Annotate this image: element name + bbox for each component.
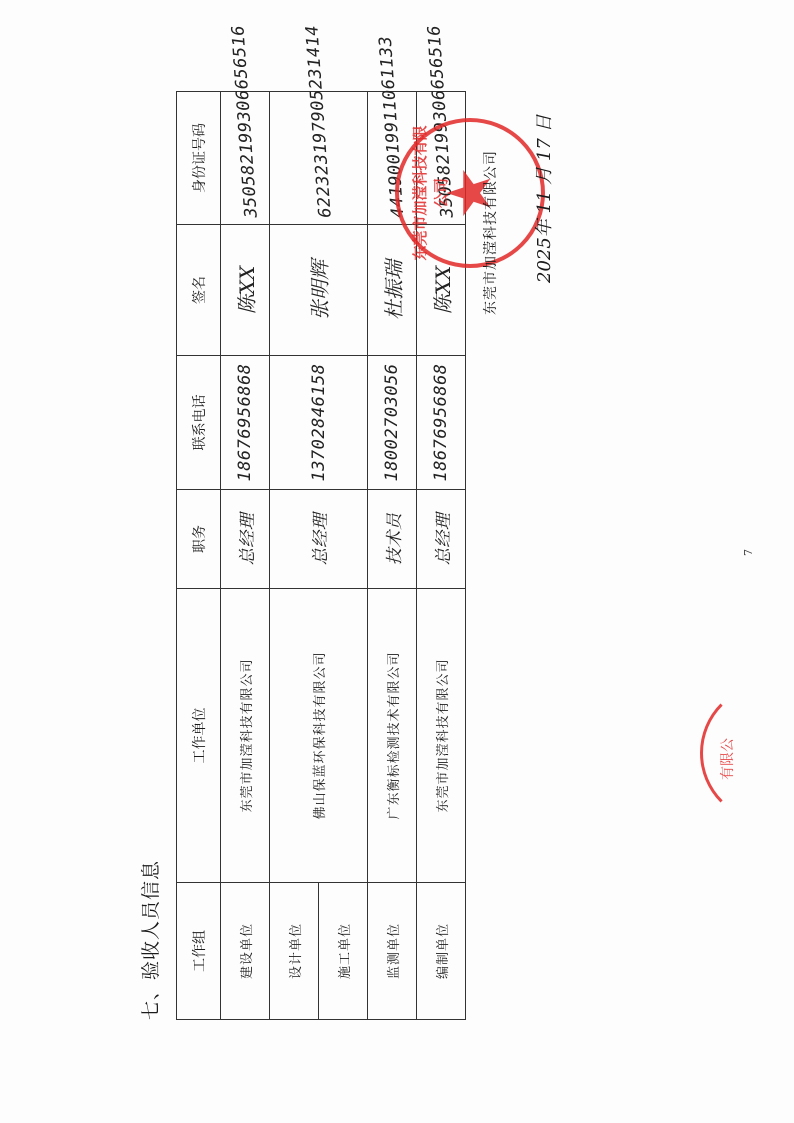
cell-phone: 13702846158 bbox=[270, 356, 368, 490]
id-number-text: 622323197905231414 bbox=[302, 24, 335, 218]
footer-date: 2025年 11 月 17 日 bbox=[530, 114, 556, 283]
table-row: 建设单位 东莞市加滢科技有限公司 总经理 18676956868 陈XX 350… bbox=[221, 92, 270, 1020]
table-header-row: 工作组 工作单位 职务 联系电话 签名 身份证号码 bbox=[177, 92, 221, 1020]
header-group: 工作组 bbox=[177, 883, 221, 1020]
cell-group: 编制单位 bbox=[417, 883, 466, 1020]
partial-seal: 有限公 bbox=[700, 683, 794, 823]
footer-company: 东莞市加滢科技有限公司 bbox=[480, 150, 500, 315]
header-phone: 联系电话 bbox=[177, 356, 221, 490]
cell-group: 建设单位 bbox=[221, 883, 270, 1020]
cell-group: 设计单位 bbox=[270, 883, 319, 1020]
partial-seal-text: 有限公 bbox=[717, 738, 737, 780]
cell-group: 施工单位 bbox=[319, 883, 368, 1020]
cell-phone: 18002703056 bbox=[368, 356, 417, 490]
cell-signature: 张明辉 bbox=[270, 225, 368, 356]
header-signature: 签名 bbox=[177, 225, 221, 356]
cell-group: 监测单位 bbox=[368, 883, 417, 1020]
cell-id-number: 350582199306656516 bbox=[221, 92, 270, 225]
cell-unit: 佛山保蓝环保科技有限公司 bbox=[270, 589, 368, 883]
cell-id-number: 622323197905231414 bbox=[270, 92, 368, 225]
cell-position: 总经理 bbox=[221, 490, 270, 589]
cell-unit: 东莞市加滢科技有限公司 bbox=[417, 589, 466, 883]
cell-signature: 陈XX bbox=[221, 225, 270, 356]
cell-unit: 广东衡标检测技术有限公司 bbox=[368, 589, 417, 883]
cell-position: 总经理 bbox=[270, 490, 368, 589]
cell-position: 技术员 bbox=[368, 490, 417, 589]
document-page: 七、验收人员信息 工作组 工作单位 职务 联系电话 签名 身份证号码 建设单位 … bbox=[0, 0, 794, 1123]
page-number: 7 bbox=[742, 549, 755, 556]
table-row: 设计单位 佛山保蓝环保科技有限公司 总经理 13702846158 张明辉 62… bbox=[270, 92, 319, 1020]
header-id-number: 身份证号码 bbox=[177, 92, 221, 225]
company-seal: 东莞市加滢科技有限公司 ★ bbox=[395, 118, 545, 268]
cell-phone: 18676956868 bbox=[221, 356, 270, 490]
cell-unit: 东莞市加滢科技有限公司 bbox=[221, 589, 270, 883]
cell-phone: 18676956868 bbox=[417, 356, 466, 490]
section-title: 七、验收人员信息 bbox=[136, 860, 163, 1020]
id-number-text: 350582199306656516 bbox=[228, 24, 261, 218]
cell-position: 总经理 bbox=[417, 490, 466, 589]
header-unit: 工作单位 bbox=[177, 589, 221, 883]
header-position: 职务 bbox=[177, 490, 221, 589]
